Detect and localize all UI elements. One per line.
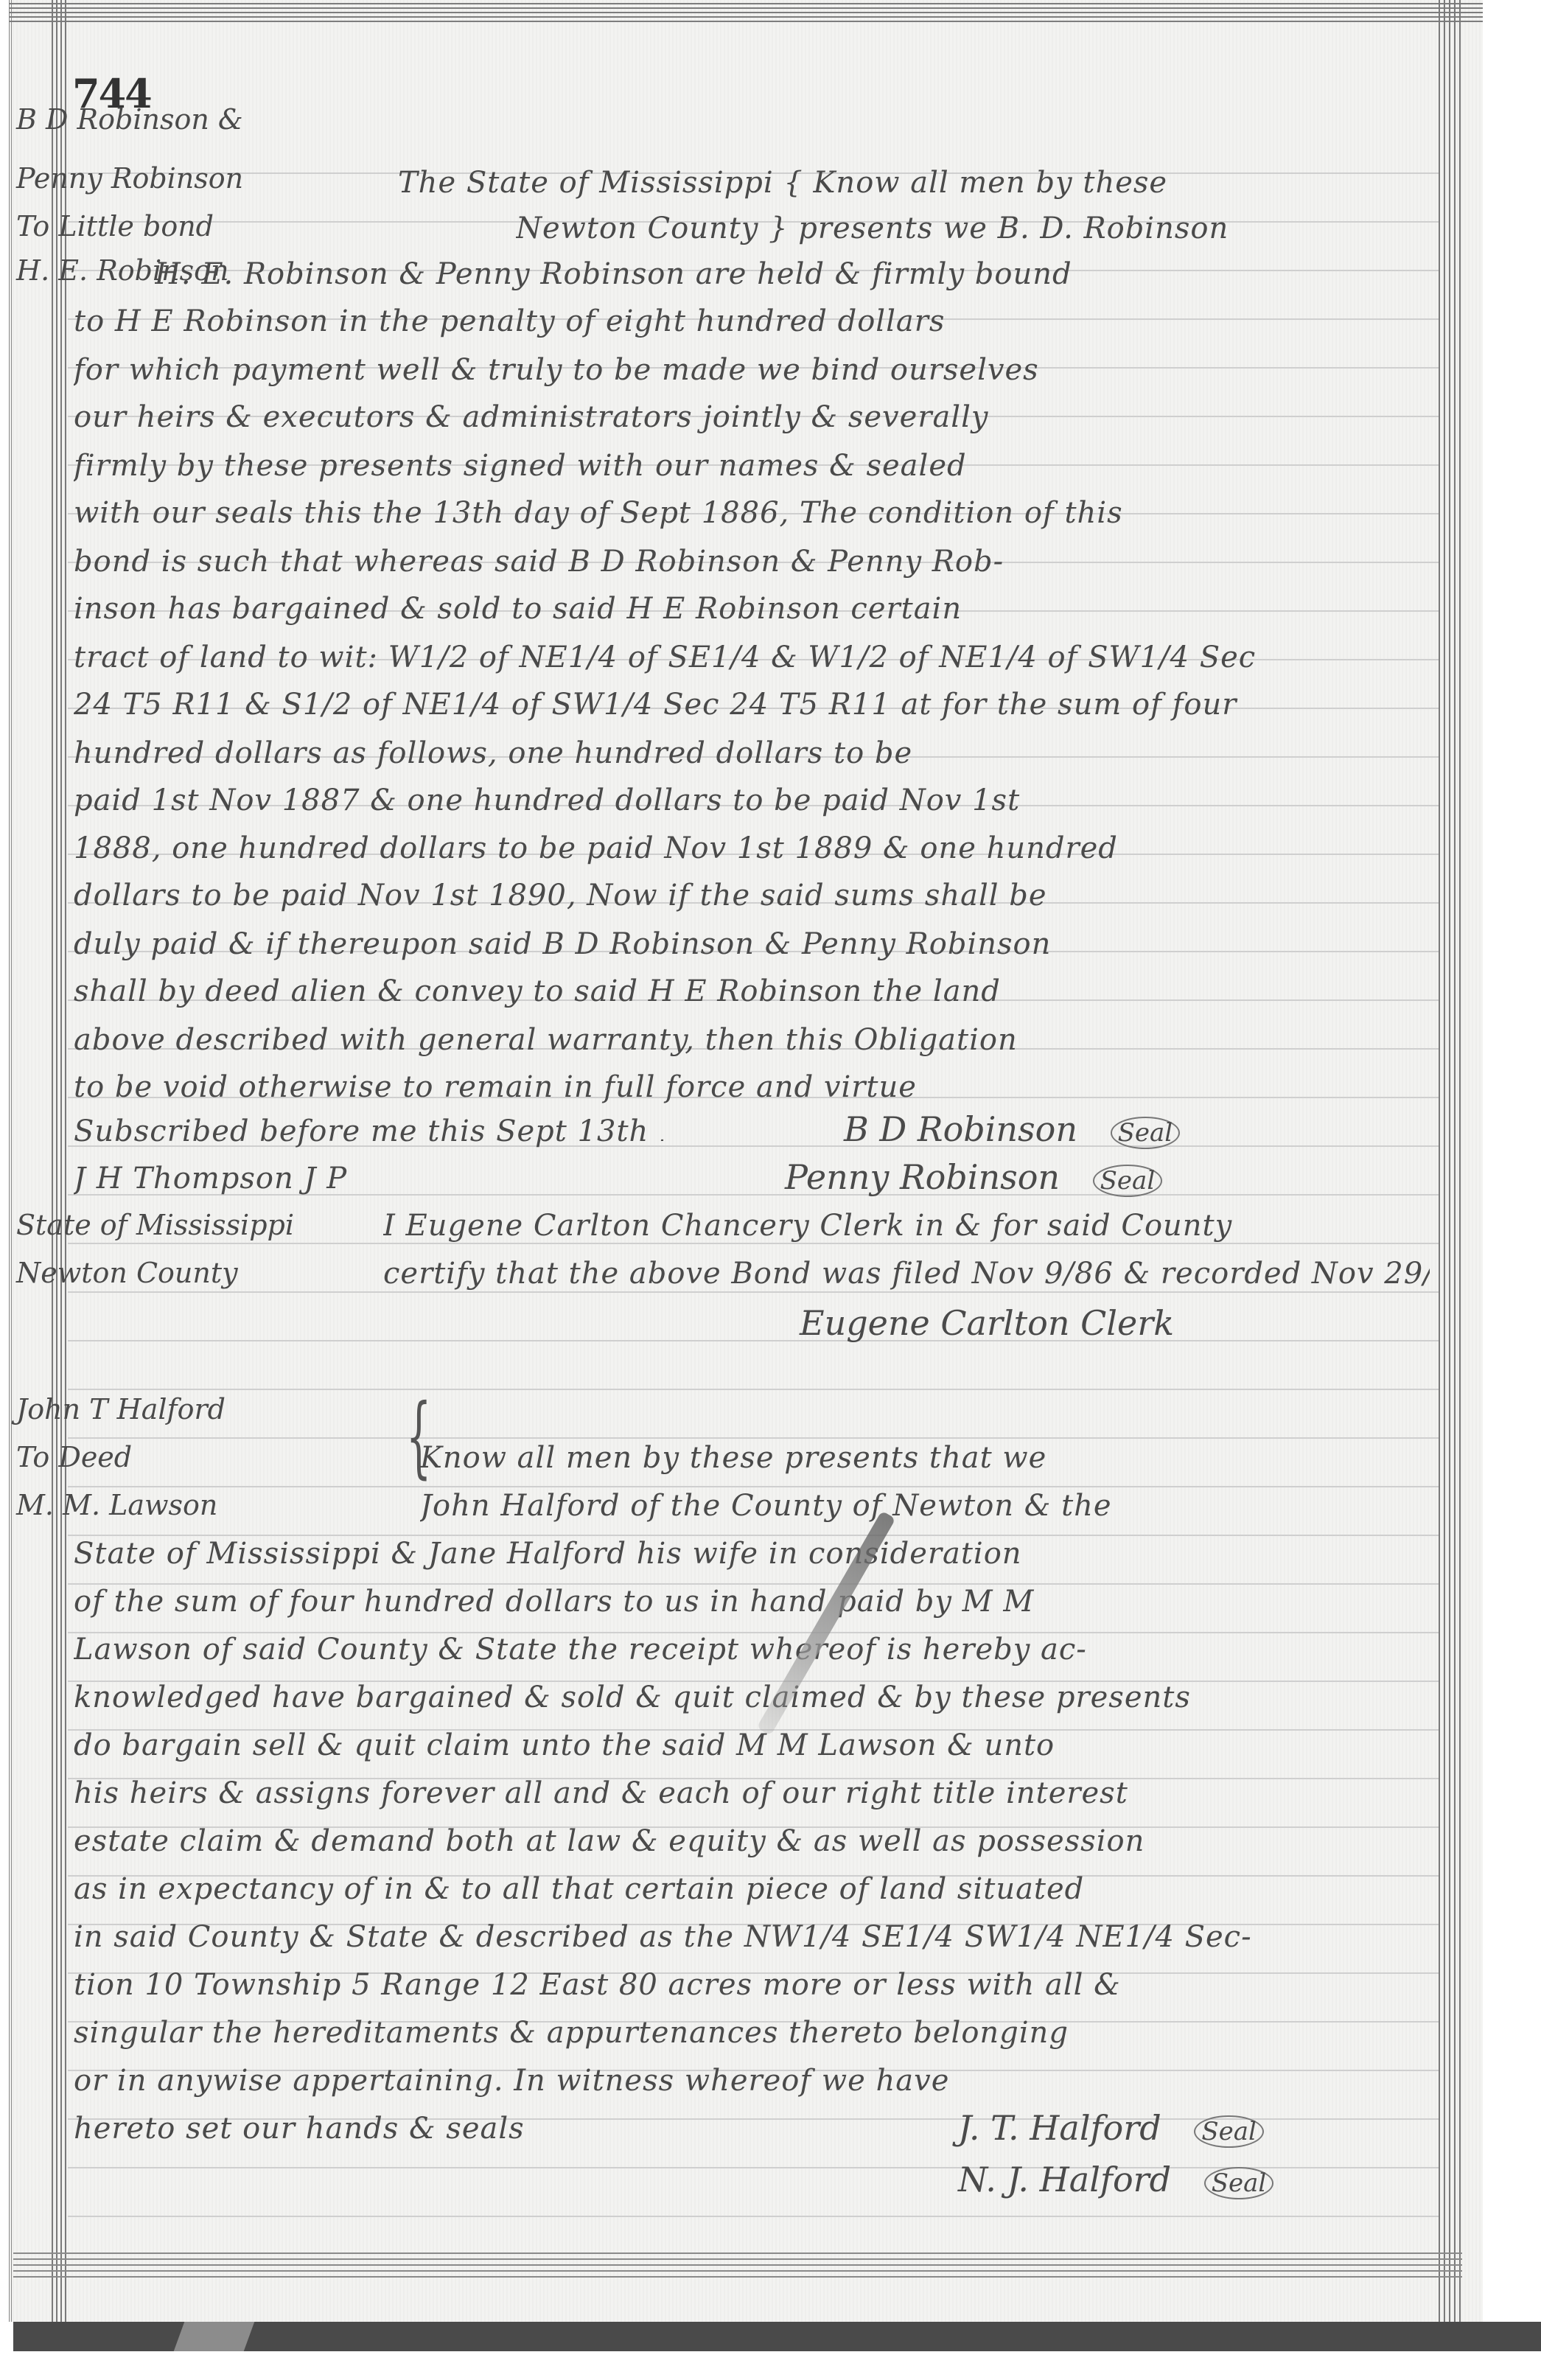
- margin-index-entry: B D Robinson &: [16, 103, 243, 136]
- binding-shadow: [13, 2322, 1541, 2351]
- deed-line: estate claim & demand both at law & equi…: [74, 1824, 1430, 1858]
- deed-line: as in expectancy of in & to all that cer…: [74, 1872, 1430, 1906]
- right-margin-rule: [1439, 0, 1461, 2322]
- signature-j-t-halford: J. T. Halford Seal: [958, 2108, 1264, 2148]
- deed-line: singular the hereditaments & appurtenanc…: [74, 2016, 1430, 2050]
- margin-index-entry: Penny Robinson: [16, 162, 243, 195]
- deed-line: to H E Robinson in the penalty of eight …: [74, 304, 1430, 338]
- certificate-state: State of Mississippi: [16, 1209, 294, 1241]
- deed-line: Know all men by these presents that we: [420, 1441, 1430, 1475]
- left-margin-rule: [52, 0, 68, 2322]
- deed-line: The State of Mississippi { Know all men …: [398, 166, 1430, 200]
- deed-line: with our seals this the 13th day of Sept…: [74, 496, 1430, 530]
- page-edge: [9, 0, 13, 2322]
- margin-index-entry: To Deed: [16, 1441, 132, 1473]
- clerk-signature: Eugene Carlton Clerk: [800, 1303, 1174, 1343]
- deed-line: duly paid & if thereupon said B D Robins…: [74, 927, 1430, 961]
- seal-mark: Seal: [1194, 2115, 1264, 2148]
- deed-line: knowledged have bargained & sold & quit …: [74, 1681, 1430, 1714]
- deed-line: shall by deed alien & convey to said H E…: [74, 974, 1430, 1008]
- deed-line: of the sum of four hundred dollars to us…: [74, 1585, 1430, 1619]
- signature-penny-robinson: Penny Robinson Seal: [785, 1157, 1162, 1197]
- certificate-county: Newton County: [16, 1257, 238, 1289]
- signature-name: J. T. Halford: [958, 2108, 1161, 2148]
- deed-line: Newton County } presents we B. D. Robins…: [516, 212, 1430, 245]
- deed-line: above described with general warranty, t…: [74, 1023, 1430, 1057]
- deed-line: hereto set our hands & seals: [74, 2112, 590, 2146]
- deed-line: inson has bargained & sold to said H E R…: [74, 592, 1430, 626]
- deed-line: to be void otherwise to remain in full f…: [74, 1070, 1430, 1104]
- deed-line: tract of land to wit: W1/2 of NE1/4 of S…: [74, 641, 1430, 674]
- deed-line: firmly by these presents signed with our…: [74, 449, 1430, 483]
- justice-signature: J H Thompson J P: [74, 1162, 590, 1196]
- deed-line: hundred dollars as follows, one hundred …: [74, 736, 1430, 770]
- deed-line: in said County & State & described as th…: [74, 1920, 1430, 1954]
- signature-name: N. J. Halford: [958, 2160, 1171, 2199]
- certificate-line: certify that the above Bond was filed No…: [383, 1257, 1430, 1291]
- acknowledgment-text: Subscribed before me this Sept 13th 1886: [74, 1114, 663, 1148]
- deed-line: dollars to be paid Nov 1st 1890, Now if …: [74, 879, 1430, 912]
- deed-line: H. E. Robinson & Penny Robinson are held…: [155, 257, 1430, 291]
- deed-line: 24 T5 R11 & S1/2 of NE1/4 of SW1/4 Sec 2…: [74, 688, 1430, 722]
- deed-line: tion 10 Township 5 Range 12 East 80 acre…: [74, 1968, 1430, 2002]
- margin-index-entry: To Little bond: [16, 210, 214, 242]
- seal-mark: Seal: [1093, 1165, 1163, 1197]
- signature-name: B D Robinson: [844, 1109, 1077, 1149]
- certificate-line: I Eugene Carlton Chancery Clerk in & for…: [383, 1209, 1430, 1243]
- seal-mark: Seal: [1204, 2167, 1274, 2199]
- deed-line: our heirs & executors & administrators j…: [74, 400, 1430, 434]
- signature-n-j-halford: N. J. Halford Seal: [958, 2160, 1273, 2199]
- deed-line: 1888, one hundred dollars to be paid Nov…: [74, 831, 1430, 865]
- signature-b-d-robinson: B D Robinson Seal: [844, 1109, 1180, 1149]
- seal-mark: Seal: [1111, 1117, 1181, 1149]
- deed-line: do bargain sell & quit claim unto the sa…: [74, 1728, 1430, 1762]
- top-border-rule: [9, 3, 1483, 22]
- deed-line: John Halford of the County of Newton & t…: [420, 1489, 1430, 1523]
- deed-line: bond is such that whereas said B D Robin…: [74, 545, 1430, 579]
- signature-name: Penny Robinson: [785, 1157, 1060, 1197]
- margin-index-entry: M. M. Lawson: [16, 1489, 217, 1521]
- deed-line: Lawson of said County & State the receip…: [74, 1633, 1430, 1667]
- deed-line: State of Mississippi & Jane Halford his …: [74, 1537, 1430, 1571]
- margin-index-entry: John T Halford: [16, 1393, 226, 1425]
- deed-line: or in anywise appertaining. In witness w…: [74, 2064, 1430, 2098]
- deed-line: his heirs & assigns forever all and & ea…: [74, 1776, 1430, 1810]
- deed-line: paid 1st Nov 1887 & one hundred dollars …: [74, 784, 1430, 817]
- bottom-border-rule: [13, 2252, 1462, 2279]
- deed-line: for which payment well & truly to be mad…: [74, 353, 1430, 387]
